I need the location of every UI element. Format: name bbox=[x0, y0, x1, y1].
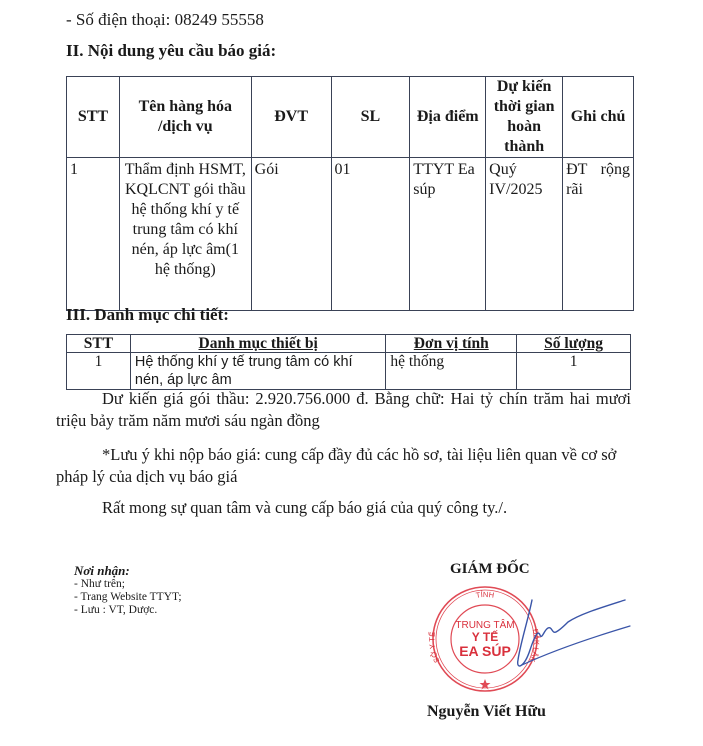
cell-completion: Quý IV/2025 bbox=[486, 158, 563, 311]
note-paragraph: *Lưu ý khi nộp báo giá: cung cấp đầy đủ … bbox=[56, 444, 646, 488]
detail-table: STT Danh mục thiết bị Đơn vị tính Số lượ… bbox=[66, 334, 631, 390]
header-completion: Dự kiến thời gian hoàn thành bbox=[486, 77, 563, 158]
phone-line: - Số điện thoại: 08249 55558 bbox=[66, 9, 264, 31]
detail-header-device: Danh mục thiết bị bbox=[130, 335, 385, 353]
svg-text:SỞ Y TẾ: SỞ Y TẾ bbox=[427, 631, 442, 664]
header-name: Tên hàng hóa /dịch vụ bbox=[119, 77, 251, 158]
detail-header-stt: STT bbox=[67, 335, 131, 353]
closing-paragraph: Rất mong sự quan tâm và cung cấp báo giá… bbox=[56, 497, 631, 519]
recipients-title: Nơi nhận: bbox=[74, 563, 182, 578]
price-paragraph: Dư kiến giá gói thầu: 2.920.756.000 đ. B… bbox=[56, 388, 631, 432]
cell-unit: Gói bbox=[251, 158, 331, 311]
header-stt: STT bbox=[67, 77, 120, 158]
cell-qty: 01 bbox=[331, 158, 410, 311]
recipient-item: - Lưu : VT, Dược. bbox=[74, 604, 182, 617]
cell-note: ĐT rộng rãi bbox=[563, 158, 634, 311]
cell-location: TTYT Ea súp bbox=[410, 158, 486, 311]
section-3-heading: III. Danh mục chi tiết: bbox=[66, 304, 229, 326]
signature-title: GIÁM ĐỐC bbox=[450, 561, 530, 578]
detail-header-row: STT Danh mục thiết bị Đơn vị tính Số lượ… bbox=[67, 335, 631, 353]
cell-name: Thẩm định HSMT, KQLCNT gói thầu hệ thống… bbox=[119, 158, 251, 311]
quote-request-table: STT Tên hàng hóa /dịch vụ ĐVT SL Địa điể… bbox=[66, 76, 634, 311]
section-2-heading: II. Nội dung yêu cầu báo giá: bbox=[66, 40, 276, 62]
detail-cell-unit: hệ thống bbox=[386, 353, 517, 390]
cell-stt: 1 bbox=[67, 158, 120, 311]
stamp-outer-left: SỞ Y TẾ bbox=[427, 631, 442, 664]
detail-cell-stt: 1 bbox=[67, 353, 131, 390]
detail-cell-device: Hệ thống khí y tế trung tâm có khí nén, … bbox=[130, 353, 385, 390]
header-qty: SL bbox=[331, 77, 410, 158]
recipients-block: Nơi nhận: - Như trên; - Trang Website TT… bbox=[74, 563, 182, 617]
table-row: 1 Thẩm định HSMT, KQLCNT gói thầu hệ thố… bbox=[67, 158, 634, 311]
detail-header-qty: Số lượng bbox=[517, 335, 631, 353]
recipient-item: - Trang Website TTYT; bbox=[74, 591, 182, 604]
signer-name: Nguyễn Viết Hữu bbox=[427, 703, 546, 721]
recipient-item: - Như trên; bbox=[74, 578, 182, 591]
header-unit: ĐVT bbox=[251, 77, 331, 158]
header-note: Ghi chú bbox=[563, 77, 634, 158]
handwritten-signature-icon bbox=[480, 590, 640, 680]
table-header-row: STT Tên hàng hóa /dịch vụ ĐVT SL Địa điể… bbox=[67, 77, 634, 158]
detail-cell-qty: 1 bbox=[517, 353, 631, 390]
detail-header-unit: Đơn vị tính bbox=[386, 335, 517, 353]
table-row: 1 Hệ thống khí y tế trung tâm có khí nén… bbox=[67, 353, 631, 390]
header-location: Địa điểm bbox=[410, 77, 486, 158]
